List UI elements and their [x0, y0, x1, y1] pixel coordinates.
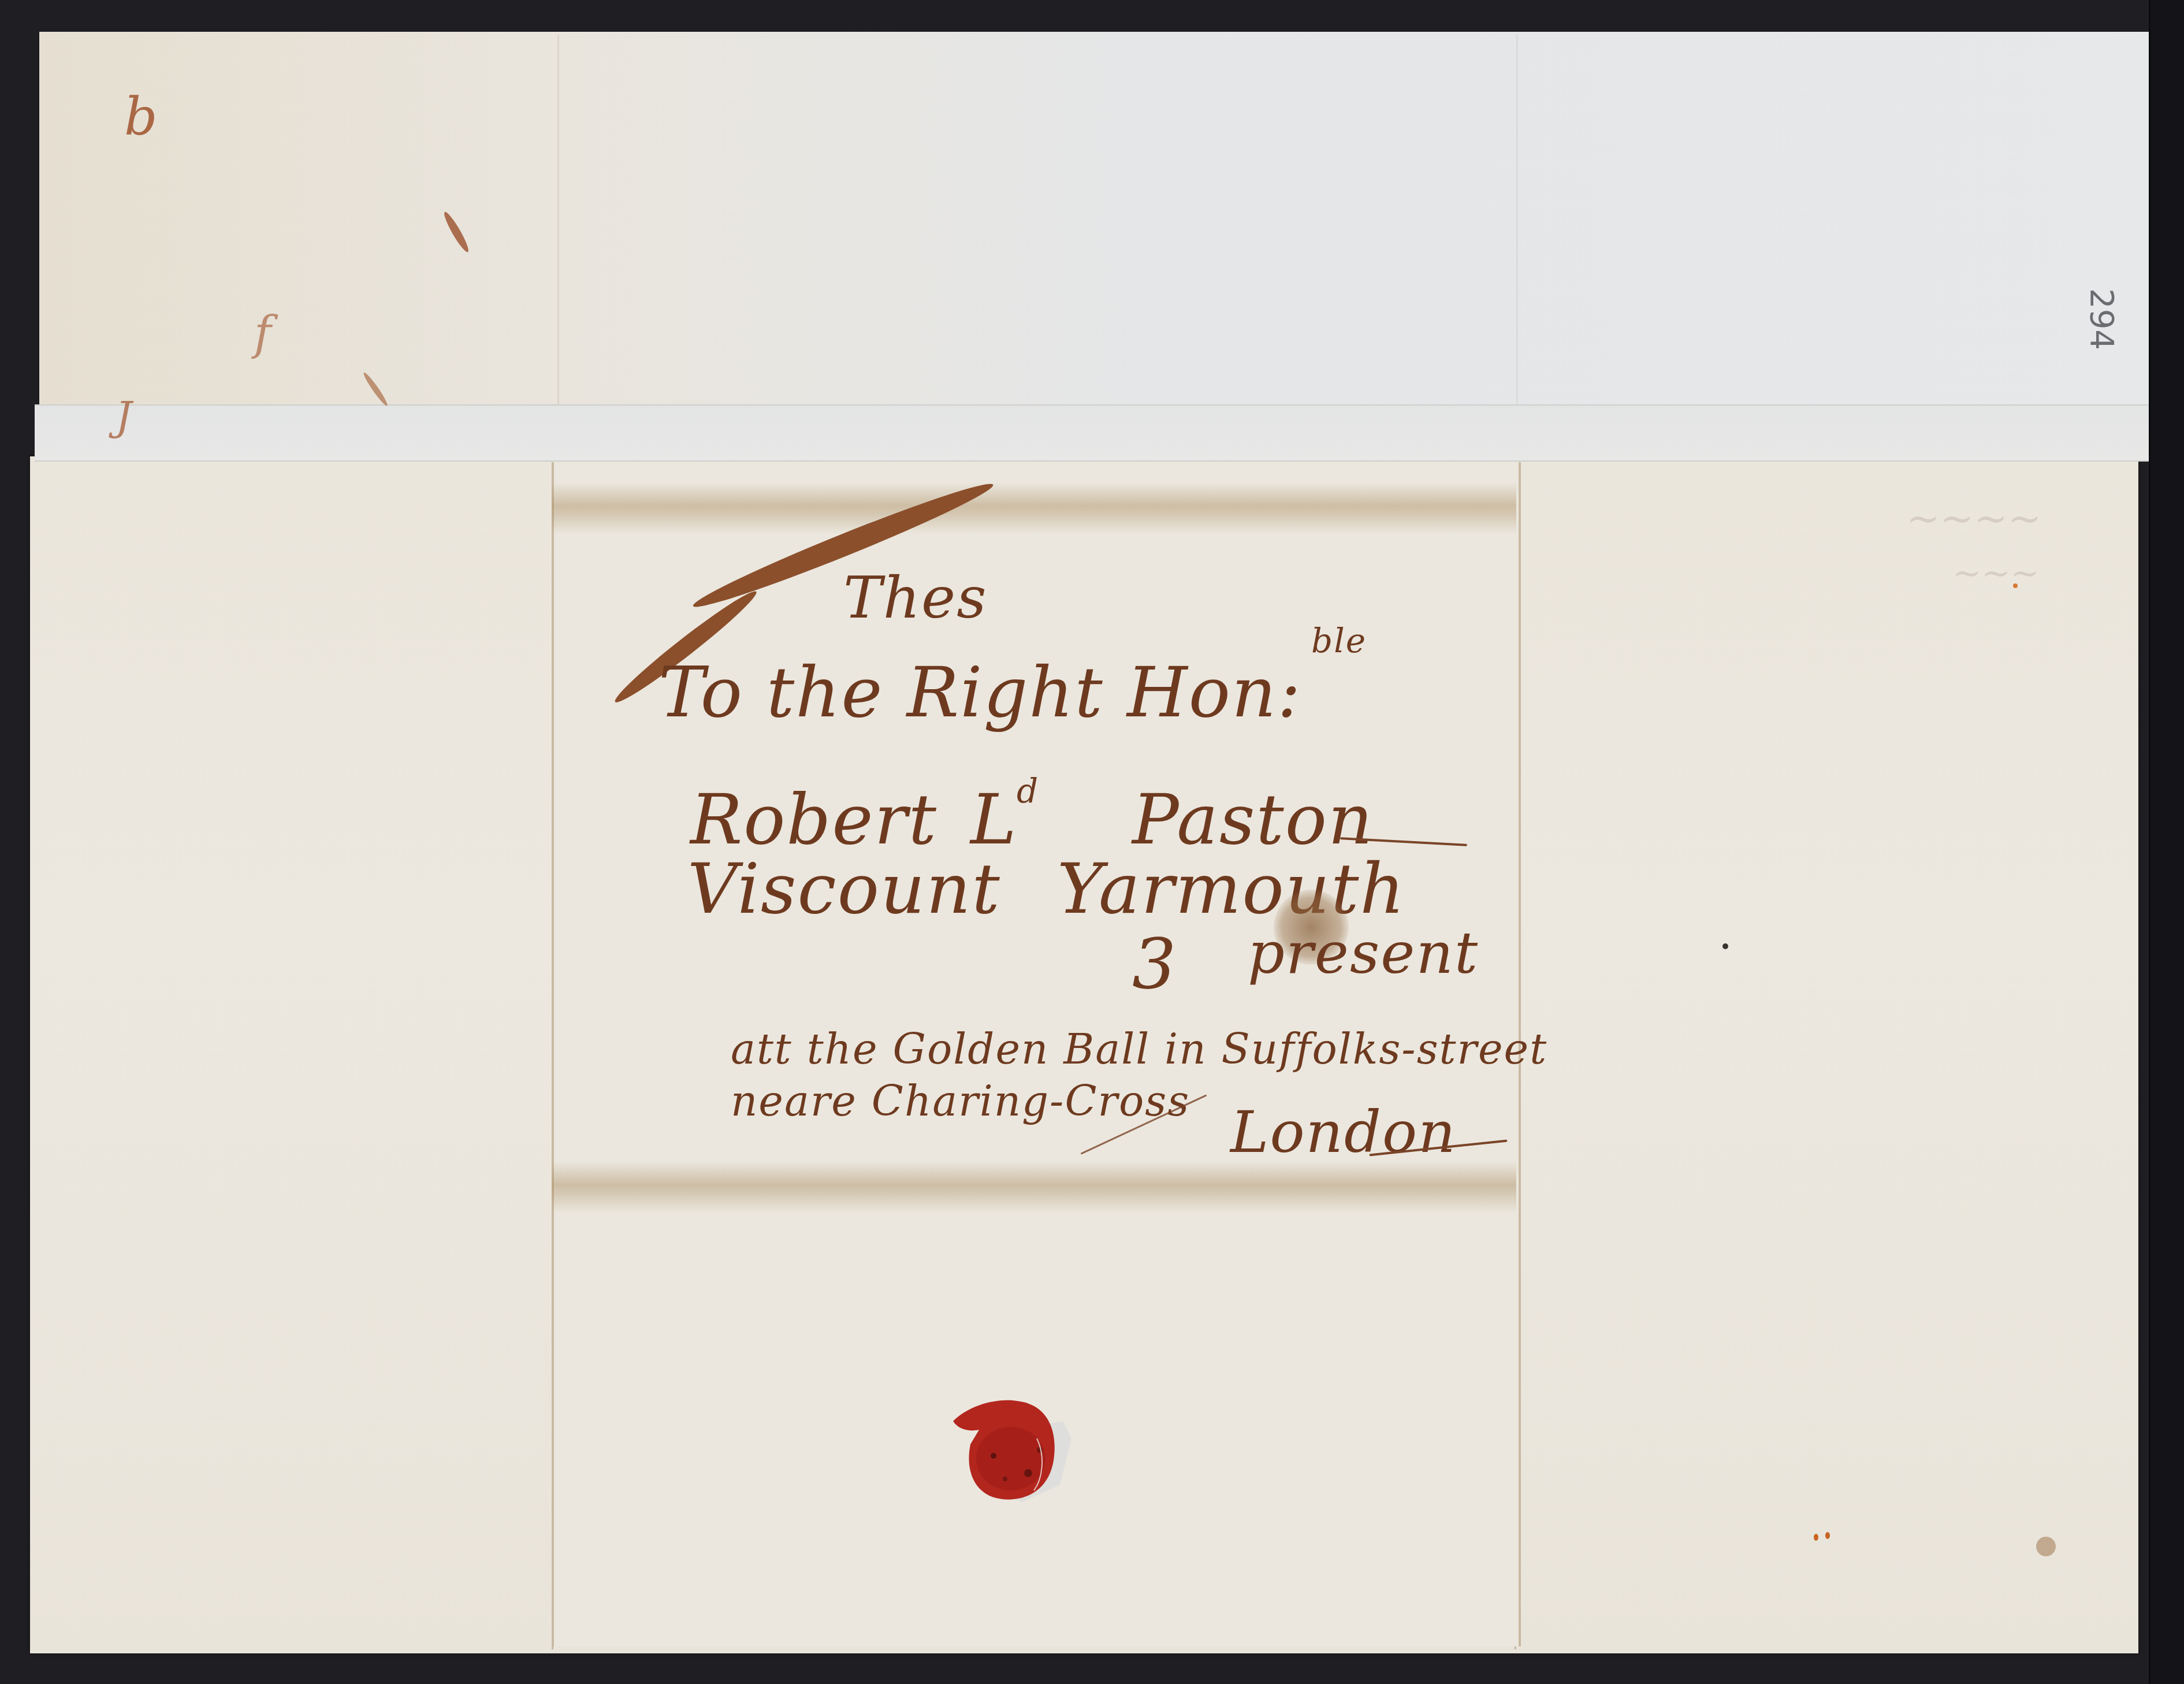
foxing-spot	[2036, 1537, 2056, 1556]
paper-speck	[1825, 1532, 1830, 1539]
folded-edge-strip	[35, 404, 2149, 462]
address-surname-paston: Paston	[1132, 786, 1374, 855]
top-flap-fold-right	[1516, 35, 1518, 404]
address-title-lord-sup: d	[1017, 774, 1039, 808]
paper-speck	[1814, 1534, 1818, 1541]
margin-mark-3: J	[116, 393, 132, 440]
paper-speck	[2013, 583, 2018, 588]
margin-mark-2: f	[254, 306, 271, 360]
address-street-line: att the Golden Ball in Suffolks-street	[731, 1028, 1547, 1070]
bleed-through-text: ~~~	[1952, 555, 2040, 595]
fold-stain-top	[552, 482, 1516, 534]
address-line-1: To the Right Hon:	[658, 659, 1302, 728]
address-yarmouth: Yarmouth	[1057, 855, 1406, 924]
address-mark-3: 3	[1132, 930, 1177, 999]
margin-mark-1: b	[124, 87, 158, 147]
top-flap-fold-left	[557, 35, 559, 404]
fold-stain-bottom	[552, 1161, 1516, 1213]
endorsement-thes: Thes	[843, 569, 988, 627]
bleed-through-text: ~~~~	[1906, 497, 2042, 544]
address-charing-cross: neare Charing-Cross	[731, 1080, 1190, 1122]
paper-speck	[1722, 943, 1728, 949]
address-line-1-superscript: ble	[1311, 624, 1367, 657]
address-name-robert: Robert	[690, 786, 937, 855]
address-present: present	[1248, 924, 1479, 982]
address-title-lord: L	[970, 786, 1018, 855]
backing-board-edge	[2149, 0, 2184, 1684]
letter-top-flap	[39, 32, 2149, 456]
folio-number: 294	[2083, 288, 2120, 350]
address-london: London	[1230, 1103, 1457, 1161]
address-viscount: Viscount	[687, 855, 1001, 924]
red-wax-seal	[947, 1386, 1092, 1525]
